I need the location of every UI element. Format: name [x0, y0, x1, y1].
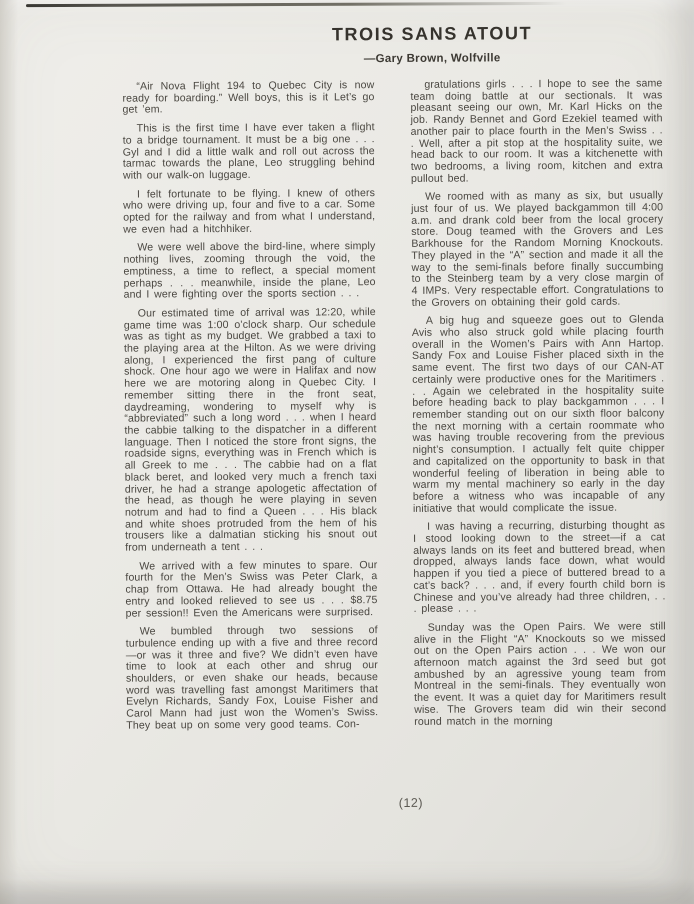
- paragraph: Our estimated time of arrival was 12:20,…: [124, 307, 377, 554]
- paragraph: We roomed with as many as six, but usual…: [411, 191, 664, 310]
- paragraph: I was having a recurring, disturbing tho…: [413, 521, 666, 616]
- paragraph: We arrived with a few minutes to spare. …: [125, 560, 377, 620]
- scanned-magazine-page: TROIS SANS ATOUT —Gary Brown, Wolfville …: [0, 0, 694, 904]
- paragraph: I felt fortunate to be flying. I knew of…: [123, 188, 375, 236]
- paragraph: Sunday was the Open Pairs. We were still…: [414, 621, 667, 728]
- left-column: “Air Nova Flight 194 to Quebec City is n…: [122, 80, 378, 739]
- two-column-text-block: “Air Nova Flight 194 to Quebec City is n…: [122, 78, 666, 739]
- article-content: TROIS SANS ATOUT —Gary Brown, Wolfville …: [122, 22, 667, 855]
- article-byline: —Gary Brown, Wolfville: [162, 51, 694, 66]
- article-title: TROIS SANS ATOUT: [162, 22, 694, 46]
- right-column: gratulations girls . . . I hope to see t…: [410, 78, 666, 737]
- paragraph: gratulations girls . . . I hope to see t…: [410, 78, 663, 185]
- page-left-edge-shadow: [0, 0, 18, 904]
- paragraph: “Air Nova Flight 194 to Quebec City is n…: [122, 80, 374, 117]
- paragraph: A big hug and squeeze goes out to Glenda…: [412, 315, 665, 515]
- page-number: (12): [399, 796, 423, 810]
- paragraph: We were well above the bird-line, where …: [123, 242, 375, 302]
- paragraph: This is the first time I have ever taken…: [123, 122, 375, 182]
- page-bottom-edge-shadow: [0, 878, 694, 904]
- paragraph: We bumbled through two sessions of turbu…: [126, 625, 379, 732]
